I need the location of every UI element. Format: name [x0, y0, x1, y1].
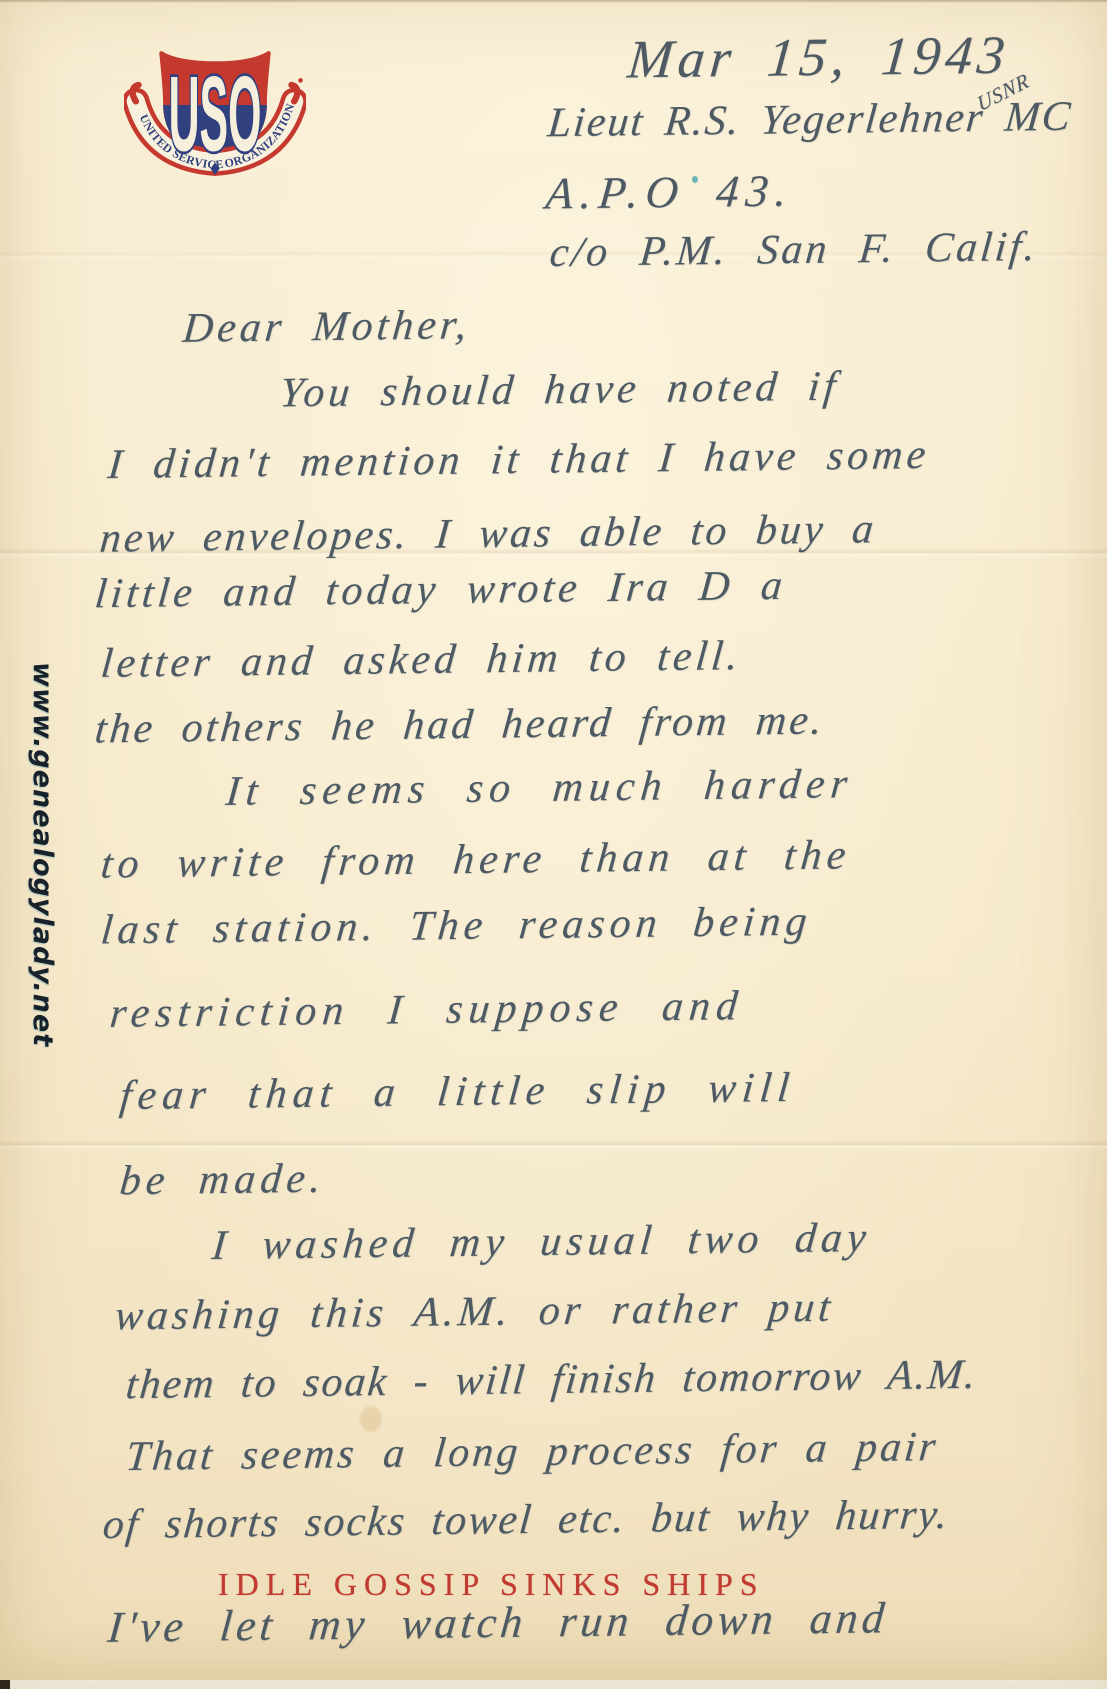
paper-stain	[360, 1406, 382, 1432]
handwritten-line: the others he had heard from me.	[93, 697, 827, 754]
fold-crease	[0, 1140, 1107, 1150]
watermark: www.genealogylady.net	[27, 662, 58, 1047]
handwritten-line: little and today wrote Ira D a	[93, 562, 788, 619]
handwritten-line: It seems so much harder	[224, 760, 855, 816]
handwritten-line: That seems a long process for a pair	[124, 1423, 941, 1481]
salutation: Dear Mother,	[181, 301, 473, 353]
handwritten-line: You should have noted if	[278, 363, 842, 418]
handwritten-line: letter and asked him to tell.	[99, 632, 744, 688]
handwritten-line: new envelopes. I was able to buy a	[98, 505, 879, 563]
date-line: Mar 15, 1943	[625, 24, 1012, 91]
address-line: A.P.O 43.	[544, 164, 796, 219]
handwritten-line: restriction I suppose and	[108, 982, 746, 1038]
address-line: c/o P.M. San F. Calif.	[548, 223, 1040, 277]
handwritten-line: last station. The reason being	[99, 898, 814, 955]
handwritten-line: I washed my usual two day	[210, 1214, 873, 1270]
scan-corner-mark	[0, 1680, 10, 1689]
letter-page: UNITED SERVICE ORGANIZATIONS USO www.gen…	[0, 0, 1107, 1689]
handwritten-line: to write from here than at the	[99, 831, 853, 888]
scan-edge-top	[0, 0, 1107, 3]
handwritten-line: of shorts socks towel etc. but why hurry…	[101, 1491, 952, 1549]
trademark-dot	[298, 78, 303, 83]
handwritten-line: I've let my watch run down and	[106, 1592, 891, 1653]
handwritten-line: be made.	[118, 1155, 328, 1206]
handwritten-line: I didn't mention it that I have some	[106, 431, 932, 489]
handwritten-line: fear that a little slip will	[118, 1064, 798, 1120]
handwritten-line: washing this A.M. or rather put	[113, 1284, 837, 1341]
uso-logo: UNITED SERVICE ORGANIZATIONS USO	[124, 46, 306, 184]
handwritten-line: them to soak - will finish tomorrow A.M.	[124, 1351, 980, 1409]
uso-acronym: USO	[169, 55, 262, 174]
scan-edge-bottom	[0, 1680, 1107, 1689]
